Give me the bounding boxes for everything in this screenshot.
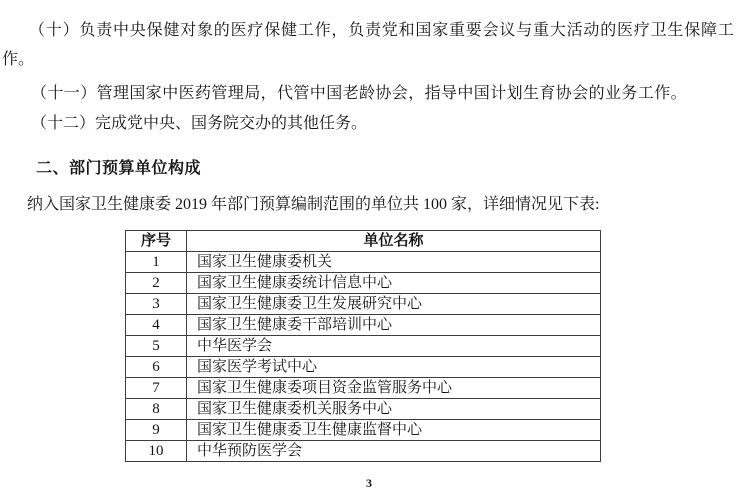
table-row: 3国家卫生健康委卫生发展研究中心: [126, 294, 601, 315]
paragraph-duty-12: （十二）完成党中央、国务院交办的其他任务。: [31, 115, 367, 133]
table-row: 9国家卫生健康委卫生健康监督中心: [126, 420, 601, 441]
cell-unit-name: 国家卫生健康委机关: [187, 252, 601, 273]
table-row: 4国家卫生健康委干部培训中心: [126, 315, 601, 336]
cell-serial-number: 7: [126, 378, 187, 399]
document-page: （十）负责中央保健对象的医疗保健工作，负责党和国家重要会议与重大活动的医疗卫生保…: [0, 0, 738, 495]
cell-serial-number: 1: [126, 252, 187, 273]
cell-unit-name: 国家卫生健康委卫生健康监督中心: [187, 420, 601, 441]
cell-unit-name: 国家卫生健康委卫生发展研究中心: [187, 294, 601, 315]
cell-unit-name: 国家卫生健康委项目资金监管服务中心: [187, 378, 601, 399]
table-row: 7国家卫生健康委项目资金监管服务中心: [126, 378, 601, 399]
page-number: 3: [0, 476, 738, 491]
cell-serial-number: 10: [126, 441, 187, 462]
cell-serial-number: 9: [126, 420, 187, 441]
cell-serial-number: 3: [126, 294, 187, 315]
paragraph-duty-10-line2: 作。: [2, 51, 34, 69]
cell-serial-number: 4: [126, 315, 187, 336]
table-body: 1国家卫生健康委机关2国家卫生健康委统计信息中心3国家卫生健康委卫生发展研究中心…: [126, 252, 601, 462]
table-header-row: 序号 单位名称: [126, 231, 601, 252]
table-row: 6国家医学考试中心: [126, 357, 601, 378]
cell-unit-name: 国家卫生健康委统计信息中心: [187, 273, 601, 294]
section-intro-text: 纳入国家卫生健康委 2019 年部门预算编制范围的单位共 100 家，详细情况见…: [27, 196, 599, 214]
cell-unit-name: 中华预防医学会: [187, 441, 601, 462]
cell-serial-number: 8: [126, 399, 187, 420]
section-heading: 二、部门预算单位构成: [36, 155, 201, 178]
cell-unit-name: 国家卫生健康委机关服务中心: [187, 399, 601, 420]
budget-units-table: 序号 单位名称 1国家卫生健康委机关2国家卫生健康委统计信息中心3国家卫生健康委…: [125, 230, 601, 462]
paragraph-duty-11: （十一）管理国家中医药管理局，代管中国老龄协会，指导中国计划生育协会的业务工作。: [31, 85, 687, 103]
column-header-unit-name: 单位名称: [187, 231, 601, 252]
cell-serial-number: 6: [126, 357, 187, 378]
table-row: 10中华预防医学会: [126, 441, 601, 462]
cell-serial-number: 5: [126, 336, 187, 357]
table-row: 2国家卫生健康委统计信息中心: [126, 273, 601, 294]
paragraph-duty-10-line1: （十）负责中央保健对象的医疗保健工作，负责党和国家重要会议与重大活动的医疗卫生保…: [29, 22, 735, 40]
cell-unit-name: 国家卫生健康委干部培训中心: [187, 315, 601, 336]
table-row: 1国家卫生健康委机关: [126, 252, 601, 273]
table-row: 8国家卫生健康委机关服务中心: [126, 399, 601, 420]
table-row: 5中华医学会: [126, 336, 601, 357]
cell-unit-name: 中华医学会: [187, 336, 601, 357]
cell-serial-number: 2: [126, 273, 187, 294]
cell-unit-name: 国家医学考试中心: [187, 357, 601, 378]
column-header-serial-number: 序号: [126, 231, 187, 252]
